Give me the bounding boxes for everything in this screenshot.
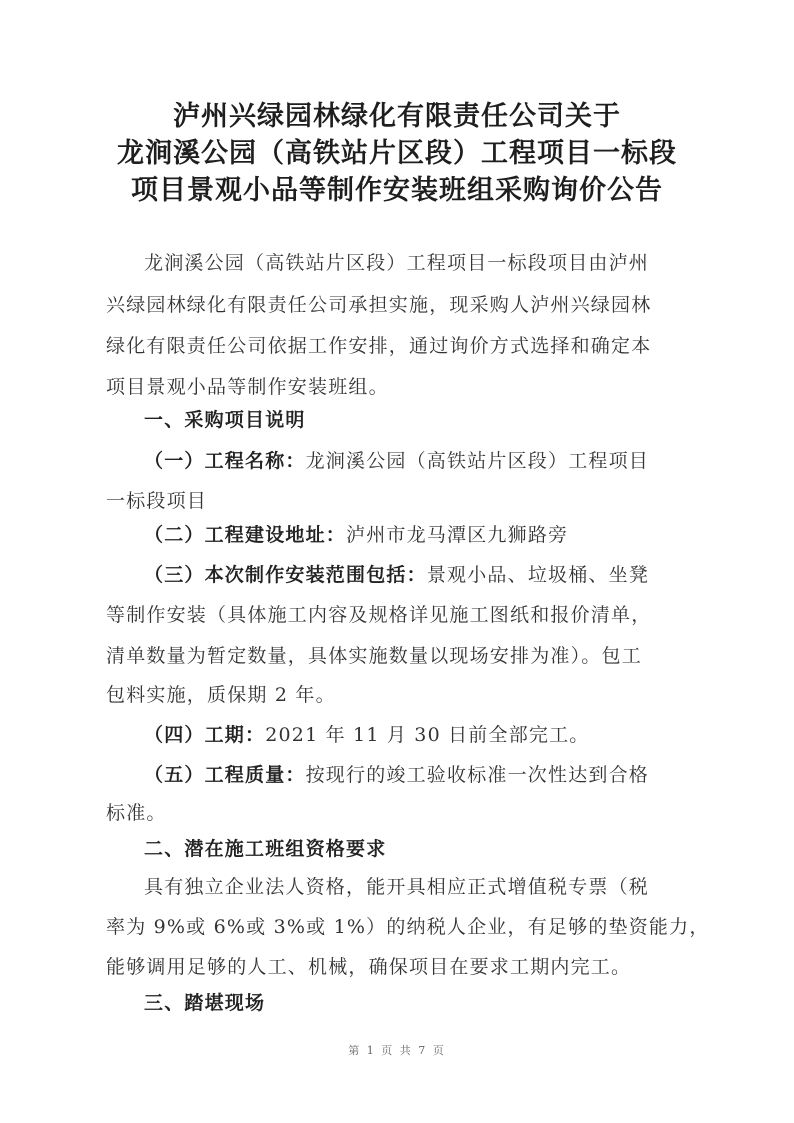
section-2-heading: 二、潜在施工班组资格要求 [144,834,386,861]
item-3-line-4: 包料实施，质保期 2 年。 [106,680,336,707]
intro-line-4: 项目景观小品等制作安装班组。 [106,372,389,399]
intro-line-3: 绿化有限责任公司依据工作安排，通过询价方式选择和确定本 [106,331,651,358]
item-1-line-1: （一）工程名称：龙涧溪公园（高铁站片区段）工程项目 [144,446,649,473]
item-2-text: 泸州市龙马潭区九狮路旁 [346,524,568,546]
item-4-line: （四）工期：2021 年 11 月 30 日前全部完工。 [144,720,590,747]
item-2-label: （二）工程建设地址： [144,524,346,546]
item-1-line-2: 一标段项目 [106,486,207,513]
item-5-text: 按现行的竣工验收标准一次性达到合格 [306,764,649,786]
section-2-line-2: 率为 9%或 6%或 3%或 1%）的纳税人企业，有足够的垫资能力， [106,912,710,939]
item-5-line-1: （五）工程质量：按现行的竣工验收标准一次性达到合格 [144,760,649,787]
section-2-line-3: 能够调用足够的人工、机械，确保项目在要求工期内完工。 [106,952,631,979]
item-2-line: （二）工程建设地址：泸州市龙马潭区九狮路旁 [144,520,568,547]
title-line-3: 项目景观小品等制作安装班组采购询价公告 [0,172,794,209]
section-3-heading: 三、踏堪现场 [144,988,265,1015]
title-line-2: 龙涧溪公园（高铁站片区段）工程项目一标段 [0,135,794,172]
item-4-text: 2021 年 11 月 30 日前全部完工。 [265,724,589,746]
section-2-line-1: 具有独立企业法人资格，能开具相应正式增值税专票（税 [144,872,649,899]
item-1-label: （一）工程名称： [144,450,306,472]
intro-line-1: 龙涧溪公园（高铁站片区段）工程项目一标段项目由泸州 [144,248,649,275]
item-5-line-2: 标准。 [106,798,167,825]
item-4-label: （四）工期： [144,724,265,746]
title-line-1: 泸州兴绿园林绿化有限责任公司关于 [0,98,794,135]
section-1-heading: 一、采购项目说明 [144,405,306,432]
page-number: 第 1 页 共 7 页 [0,1042,794,1058]
item-3-line-2: 等制作安装（具体施工内容及规格详见施工图纸和报价清单， [106,600,651,627]
item-3-line-1: （三）本次制作安装范围包括：景观小品、垃圾桶、坐凳 [144,560,649,587]
item-3-label: （三）本次制作安装范围包括： [144,564,427,586]
item-5-label: （五）工程质量： [144,764,306,786]
document-title: 泸州兴绿园林绿化有限责任公司关于 龙涧溪公园（高铁站片区段）工程项目一标段 项目… [0,98,794,209]
item-1-text: 龙涧溪公园（高铁站片区段）工程项目 [306,450,649,472]
item-3-text: 景观小品、垃圾桶、坐凳 [427,564,649,586]
item-3-line-3: 清单数量为暂定数量，具体实施数量以现场安排为准）。包工 [106,641,642,668]
intro-line-2: 兴绿园林绿化有限责任公司承担实施，现采购人泸州兴绿园林 [106,290,651,317]
